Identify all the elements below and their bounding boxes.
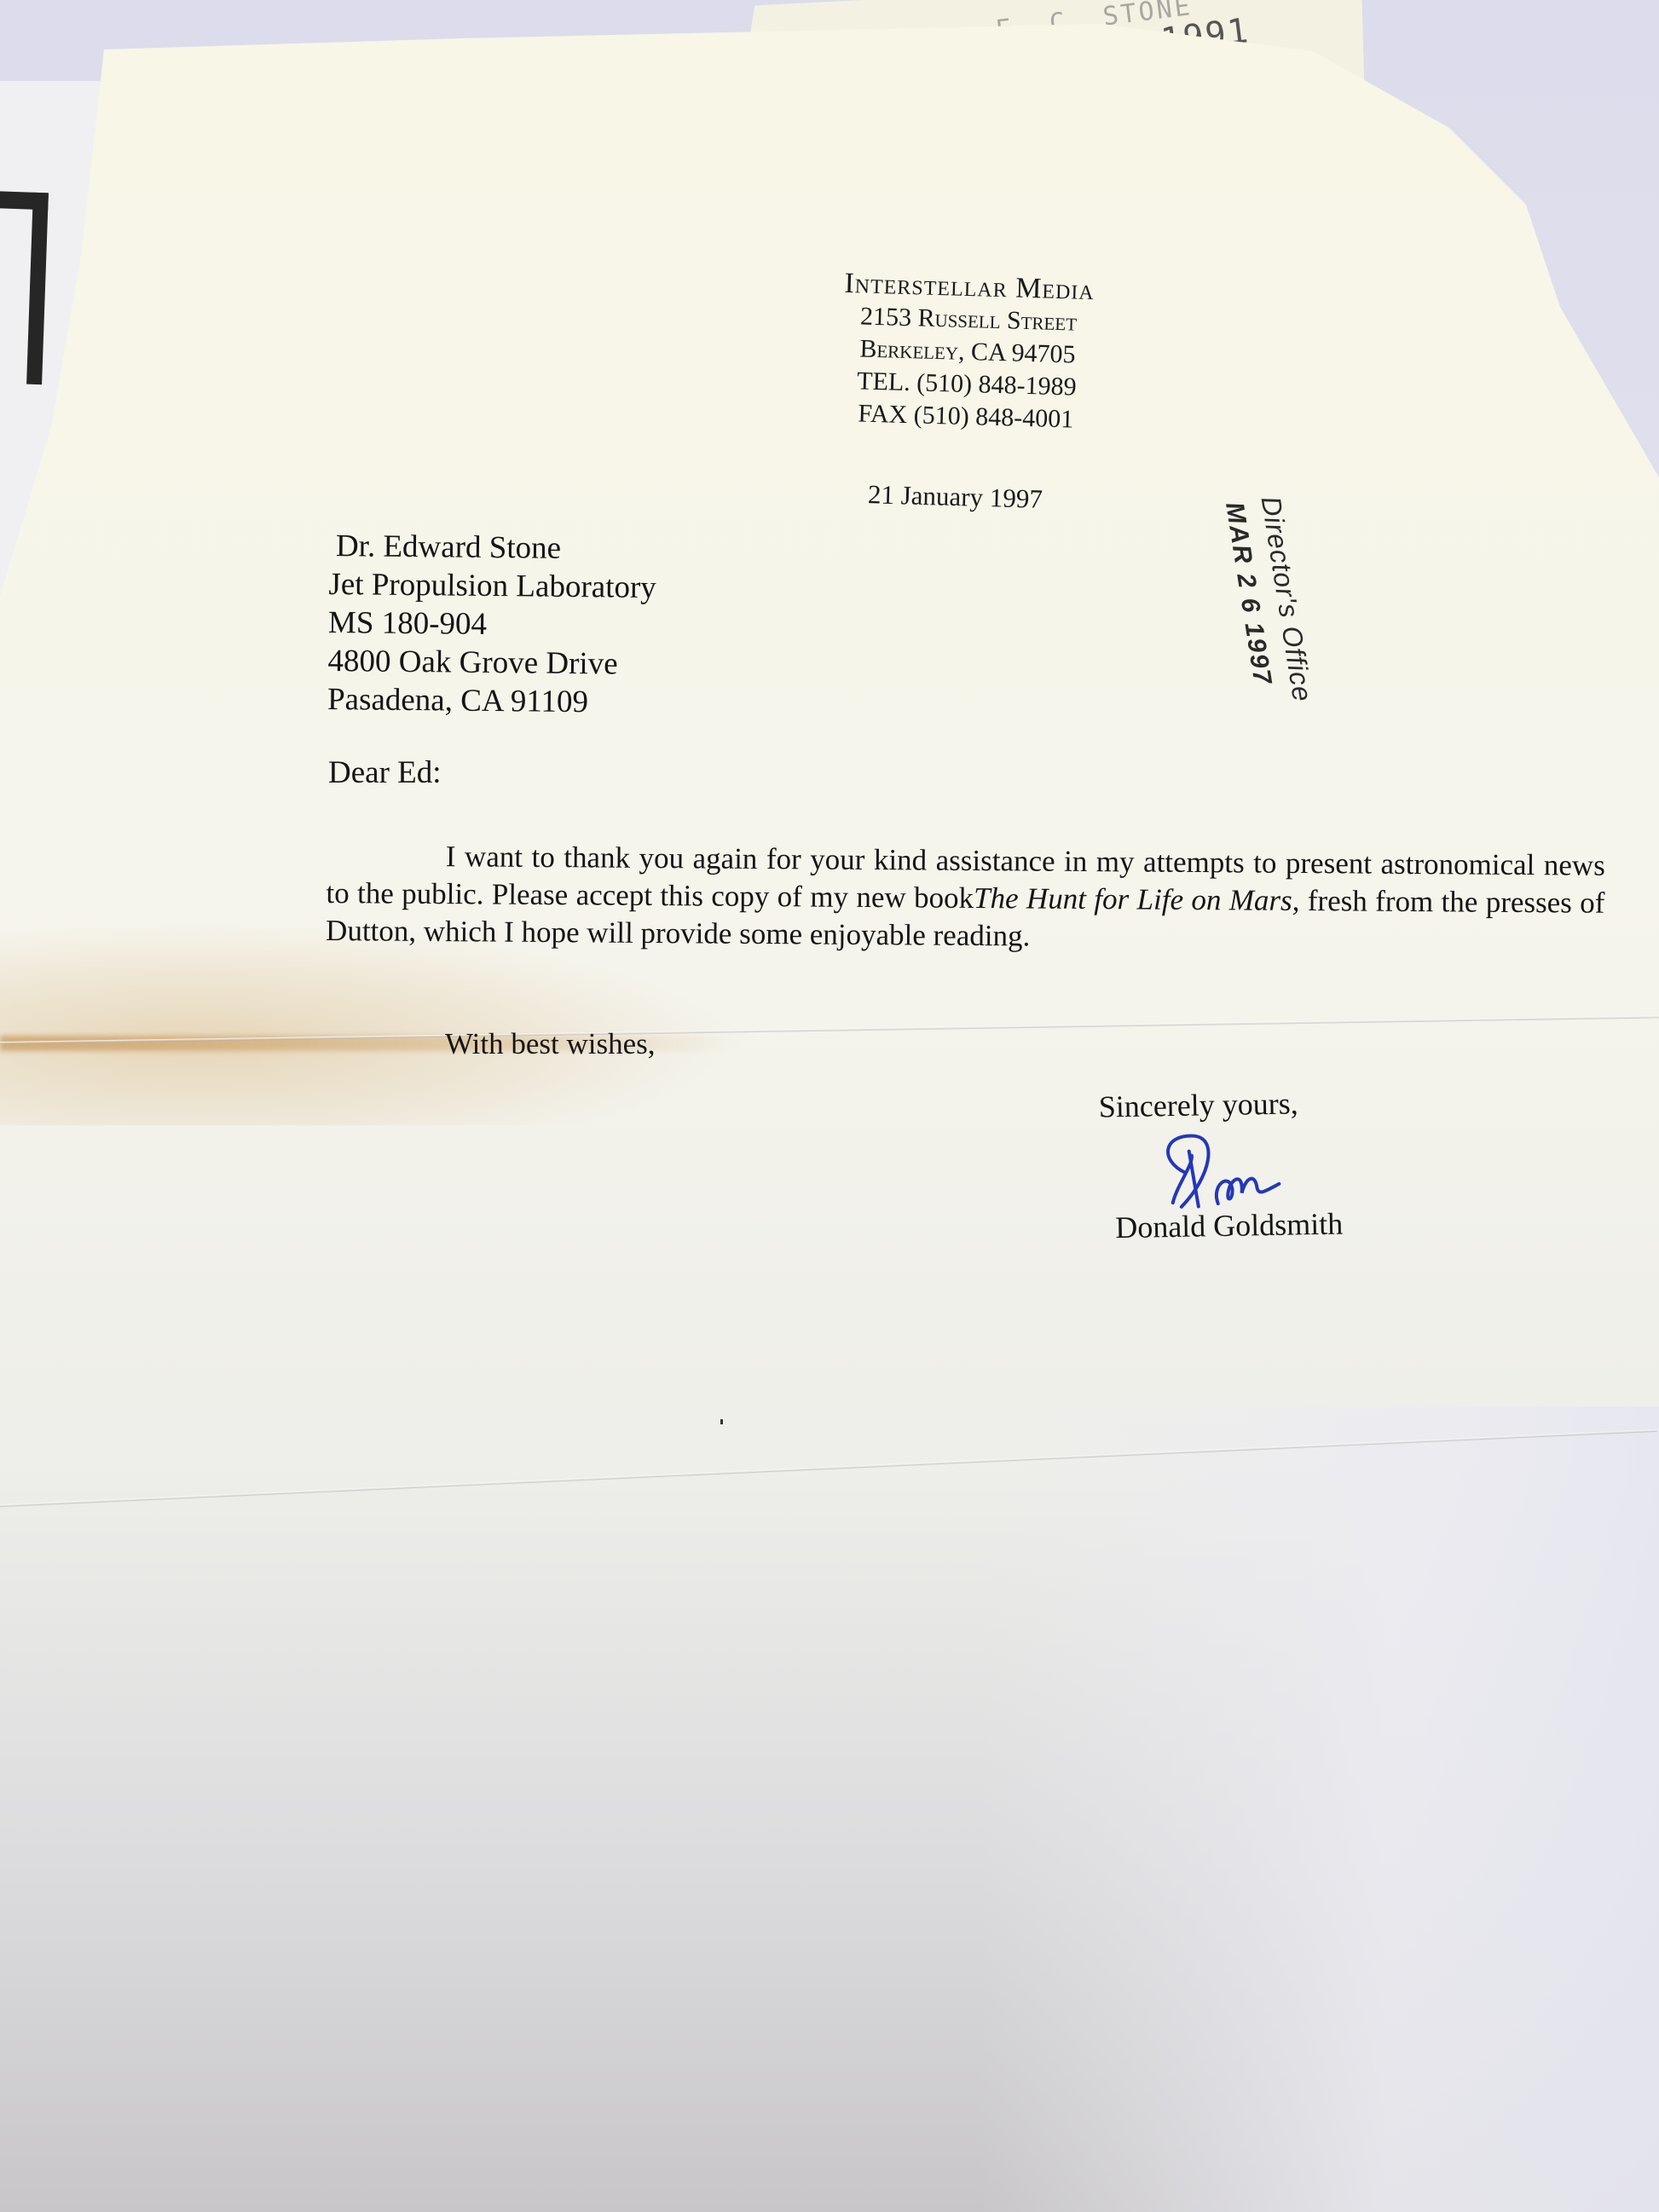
paper-shading [977, 1406, 1659, 2212]
letter-sheet: Interstellar Media 2153 Russell Street B… [0, 0, 1659, 2212]
closing: Sincerely yours, [1098, 1085, 1341, 1125]
recipient-address: Dr. Edward Stone Jet Propulsion Laborato… [327, 527, 657, 722]
letter-date: 21 January 1997 [868, 479, 1043, 515]
underlying-sheet-border-mark [0, 191, 49, 384]
recipient-city: Pasadena, CA 91109 [327, 680, 656, 722]
recipient-street: 4800 Oak Grove Drive [327, 642, 656, 684]
paper-speck [720, 1419, 723, 1424]
signature-block: Sincerely yours, Donald Goldsmith [1098, 1085, 1343, 1246]
letter-body: I want to thank you again for your kind … [326, 837, 1605, 960]
closing-wishes: With best wishes, [445, 1027, 656, 1061]
directors-office-stamp: Director's Office MAR 2 6 1997 [1217, 477, 1333, 808]
recipient-mail-stop: MS 180-904 [328, 604, 656, 645]
book-title: The Hunt for Life on Mars, [974, 881, 1300, 917]
recipient-name: Dr. Edward Stone [336, 527, 657, 569]
handwritten-signature [1150, 1123, 1297, 1220]
letterhead: Interstellar Media 2153 Russell Street B… [795, 266, 1140, 437]
salutation: Dear Ed: [328, 754, 442, 791]
recipient-organization: Jet Propulsion Laboratory [328, 565, 656, 607]
